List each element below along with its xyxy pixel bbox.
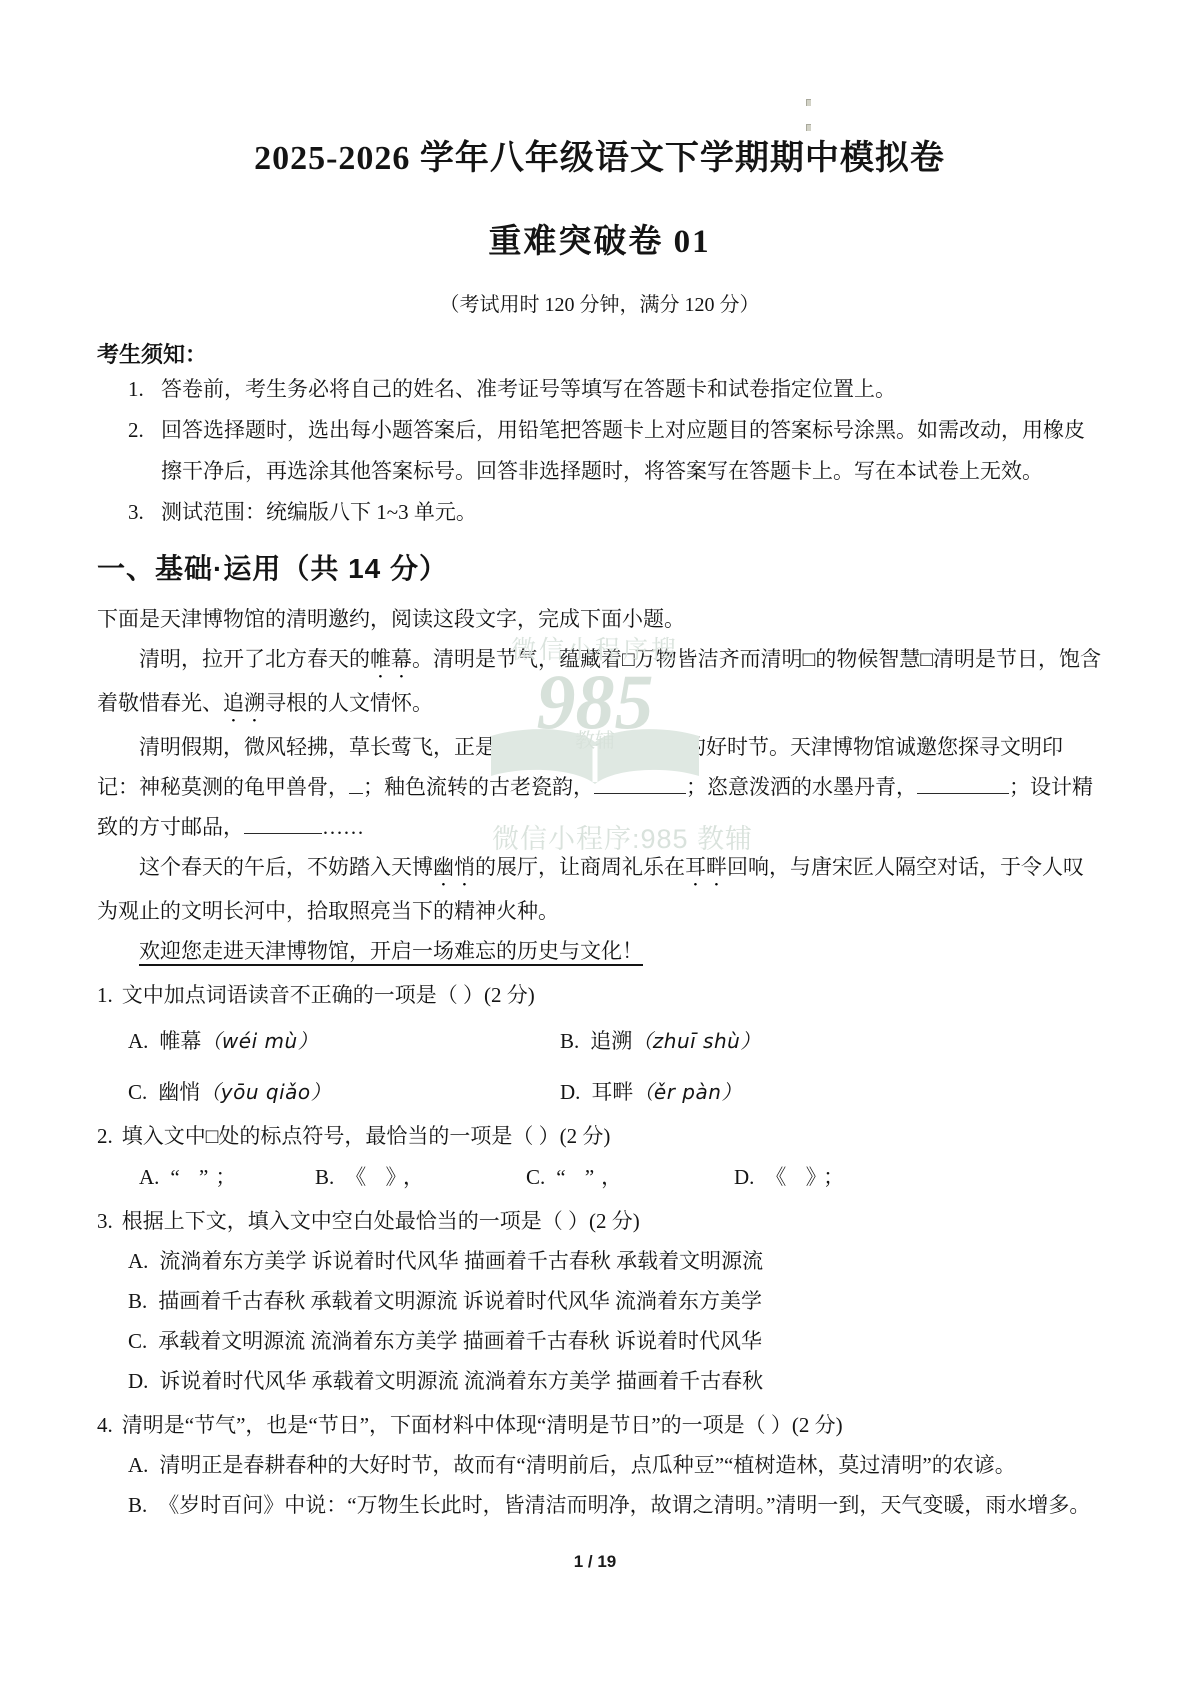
passage-paragraph-3: 这个春天的午后，不妨踏入天博幽悄的展厅，让商周礼乐在耳畔回响，与唐宋匠人隔空对话… [97, 847, 1102, 931]
page-subtitle: 重难突破卷 01 [97, 215, 1102, 262]
option-punctuation: “ ”， [556, 1165, 629, 1189]
question-2-options: A.“ ”； B.《 》， C.“ ”， D.《 》； [139, 1157, 1102, 1197]
option-label: A. [128, 1029, 148, 1053]
notice-item-number: 1. [128, 369, 144, 410]
option-pinyin: （ěr pàn） [633, 1080, 742, 1104]
option-label: B. [128, 1493, 147, 1517]
option-label: A. [128, 1249, 148, 1273]
option-text: 流淌着东方美学 诉说着时代风华 描画着千古春秋 承载着文明源流 [159, 1249, 763, 1273]
option-label: A. [139, 1165, 159, 1189]
option-word: 追溯 [590, 1029, 632, 1053]
question-text: 清明是“节气”，也是“节日”，下面材料中体现“清明是节日”的一项是（ ）(2 分… [122, 1413, 843, 1437]
option-label: C. [526, 1165, 545, 1189]
notice-heading: 考生须知： [97, 338, 1102, 369]
question-number: 4. [97, 1413, 113, 1437]
option-b: B.《岁时百问》中说：“万物生长此时，皆清洁而明净，故谓之清明。”清明一到，天气… [128, 1485, 1102, 1525]
question-number: 2. [97, 1124, 113, 1148]
option-punctuation: “ ”； [170, 1165, 243, 1189]
option-pinyin: （zhuī shù） [632, 1029, 761, 1053]
notice-item-text: 回答选择题时，选出每小题答案后，用铅笔把答题卡上对应题目的答案标号涂黑。如需改动… [161, 418, 1085, 483]
option-a: A.清明正是春耕春种的大好时节，故而有“清明前后，点瓜种豆”“植树造林，莫过清明… [128, 1445, 1102, 1485]
option-d: D.《 》； [734, 1157, 1102, 1197]
option-word: 帷幕 [159, 1029, 201, 1053]
notice-item-2: 2. 回答选择题时，选出每小题答案后，用铅笔把答题卡上对应题目的答案标号涂黑。如… [97, 410, 1102, 492]
option-a: A.帷幕（wéi mù） [128, 1021, 560, 1061]
option-label: D. [734, 1165, 754, 1189]
speck-mark [806, 99, 811, 106]
option-text: 清明正是春耕春种的大好时节，故而有“清明前后，点瓜种豆”“植树造林，莫过清明”的… [159, 1453, 1015, 1477]
option-label: B. [128, 1289, 147, 1313]
question-text: 根据上下文，填入文中空白处最恰当的一项是（ ）(2 分) [122, 1209, 640, 1233]
page-number: 1 / 19 [0, 1552, 1190, 1572]
option-punctuation: 《 》， [345, 1165, 431, 1189]
page-title: 2025-2026 学年八年级语文下学期期中模拟卷 [97, 0, 1102, 179]
option-a: A.“ ”； [139, 1157, 315, 1197]
option-b: B.追溯（zhuī shù） [560, 1021, 1102, 1061]
question-4: 4.清明是“节气”，也是“节日”，下面材料中体现“清明是节日”的一项是（ ）(2… [97, 1405, 1102, 1445]
option-text: 诉说着时代风华 承载着文明源流 流淌着东方美学 描画着千古春秋 [159, 1369, 763, 1393]
question-1: 1.文中加点词语读音不正确的一项是（ ）(2 分) [97, 975, 1102, 1015]
option-label: B. [315, 1165, 334, 1189]
notice-item-1: 1. 答卷前，考生务必将自己的姓名、准考证号等填写在答题卡和试卷指定位置上。 [97, 369, 1102, 410]
option-label: C. [128, 1329, 147, 1353]
section-1-heading: 一、基础·运用（共 14 分） [97, 547, 1102, 587]
notice-item-text: 答卷前，考生务必将自己的姓名、准考证号等填写在答题卡和试卷指定位置上。 [161, 377, 896, 401]
option-text: 描画着千古春秋 承载着文明源流 诉说着时代风华 流淌着东方美学 [158, 1289, 762, 1313]
option-label: B. [560, 1029, 579, 1053]
option-word: 耳畔 [591, 1080, 633, 1104]
option-c: C.承载着文明源流 流淌着东方美学 描画着千古春秋 诉说着时代风华 [128, 1321, 1102, 1361]
option-c: C.“ ”， [526, 1157, 734, 1197]
option-label: D. [128, 1369, 148, 1393]
option-d: D.耳畔（ěr pàn） [560, 1072, 1102, 1112]
passage-intro: 下面是天津博物馆的清明邀约，阅读这段文字，完成下面小题。 [97, 599, 1102, 639]
question-1-options: A.帷幕（wéi mù） B.追溯（zhuī shù） C.幽悄（yōu qiǎ… [128, 1021, 1102, 1112]
notice-item-3: 3. 测试范围：统编版八下 1~3 单元。 [97, 492, 1102, 533]
option-label: A. [128, 1453, 148, 1477]
question-text: 填入文中□处的标点符号，最恰当的一项是（ ）(2 分) [122, 1124, 611, 1148]
option-d: D.诉说着时代风华 承载着文明源流 流淌着东方美学 描画着千古春秋 [128, 1361, 1102, 1401]
notice-item-number: 2. [128, 410, 144, 451]
exam-duration-info: （考试用时 120 分钟，满分 120 分） [97, 288, 1102, 317]
option-c: C.幽悄（yōu qiǎo） [128, 1072, 560, 1112]
passage-paragraph-2: 清明假期，微风轻拂，草长莺飞，正是走进历史、感悟文化的好时节。天津博物馆诚邀您探… [97, 727, 1102, 847]
question-number: 3. [97, 1209, 113, 1233]
question-text: 文中加点词语读音不正确的一项是（ ）(2 分) [122, 983, 535, 1007]
exam-paper-page: 微信小程序搜 985 教辅 微信小程序:985 教辅 2025-2026 学年八… [0, 0, 1190, 1683]
option-pinyin: （yōu qiǎo） [200, 1080, 331, 1104]
option-b: B.《 》， [315, 1157, 526, 1197]
passage-highlight-line: 欢迎您走进天津博物馆，开启一场难忘的历史与文化！ [97, 931, 1102, 971]
question-3: 3.根据上下文，填入文中空白处最恰当的一项是（ ）(2 分) [97, 1201, 1102, 1241]
option-text: 《岁时百问》中说：“万物生长此时，皆清洁而明净，故谓之清明。”清明一到，天气变暖… [158, 1493, 1090, 1517]
option-a: A.流淌着东方美学 诉说着时代风华 描画着千古春秋 承载着文明源流 [128, 1241, 1102, 1281]
question-number: 1. [97, 983, 113, 1007]
option-pinyin: （wéi mù） [201, 1029, 318, 1053]
option-label: D. [560, 1080, 580, 1104]
option-word: 幽悄 [158, 1080, 200, 1104]
notice-item-text: 测试范围：统编版八下 1~3 单元。 [161, 500, 477, 524]
option-punctuation: 《 》； [765, 1165, 851, 1189]
speck-mark [806, 124, 811, 131]
question-2: 2.填入文中□处的标点符号，最恰当的一项是（ ）(2 分) [97, 1116, 1102, 1156]
notice-item-number: 3. [128, 492, 144, 533]
passage-paragraph-1: 清明，拉开了北方春天的帷幕。清明是节气，蕴藏着□万物皆洁齐而清明□的物候智慧□清… [97, 639, 1102, 727]
option-b: B.描画着千古春秋 承载着文明源流 诉说着时代风华 流淌着东方美学 [128, 1281, 1102, 1321]
option-text: 承载着文明源流 流淌着东方美学 描画着千古春秋 诉说着时代风华 [158, 1329, 762, 1353]
option-label: C. [128, 1080, 147, 1104]
